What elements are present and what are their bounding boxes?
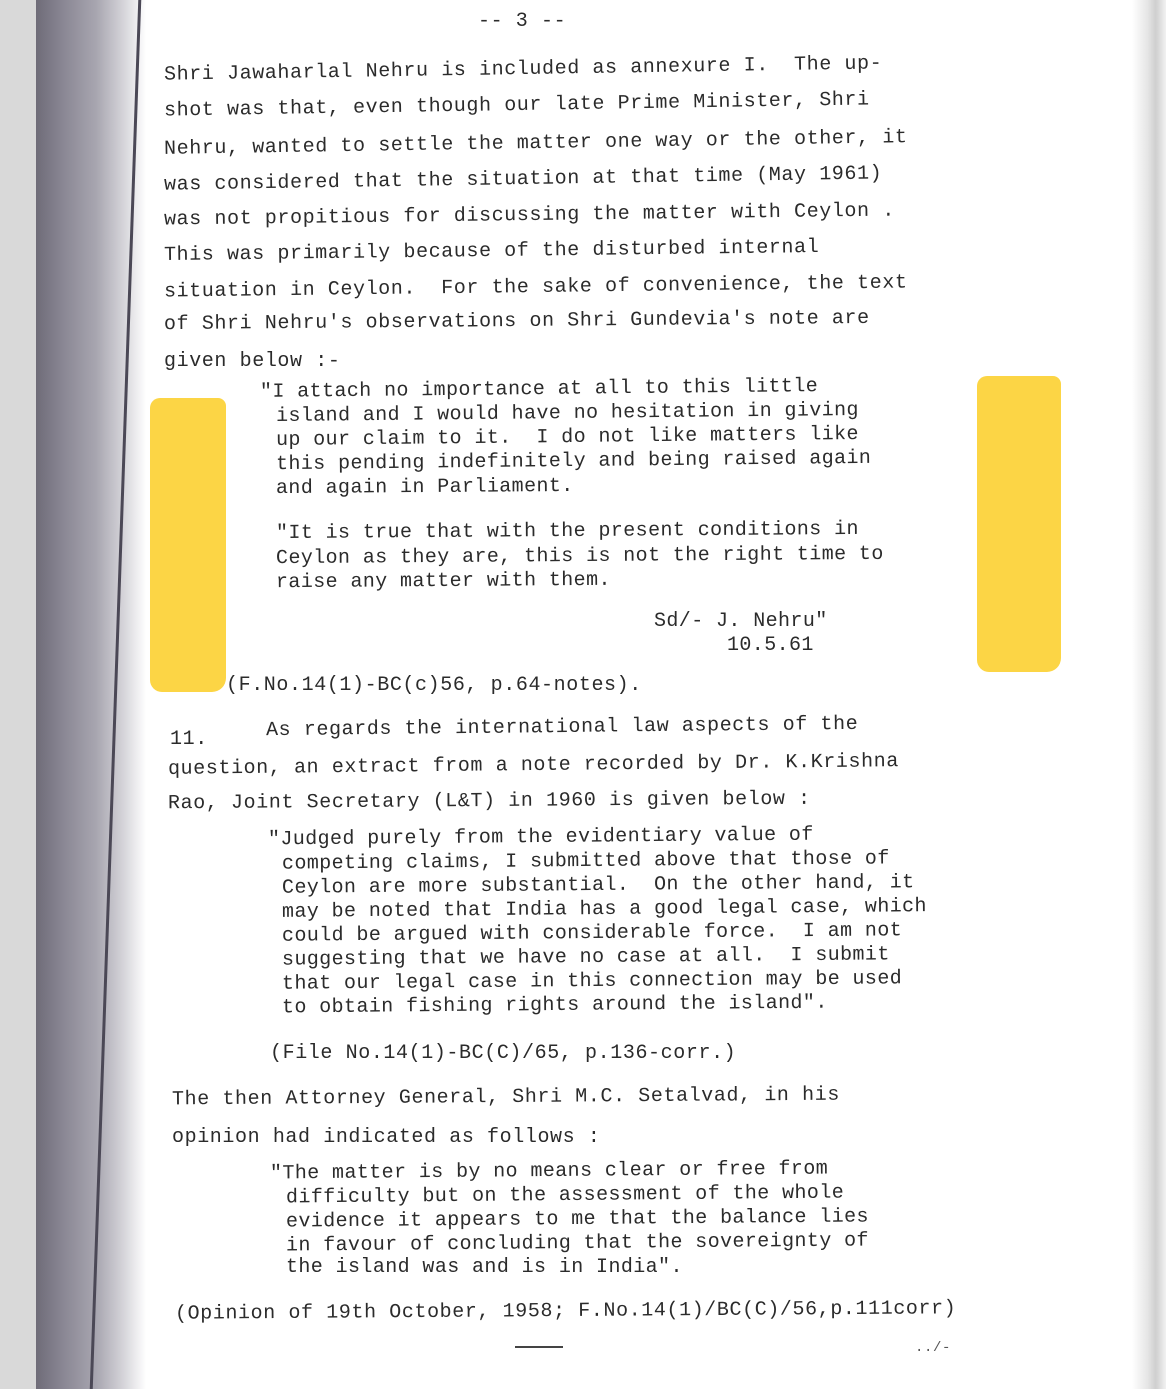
quote-line: difficulty but on the assessment of the … <box>286 1182 844 1210</box>
quote-line: and again in Parliament. <box>276 475 574 500</box>
highlight-marker-right <box>977 376 1061 672</box>
file-reference: (Opinion of 19th October, 1958; F.No.14(… <box>175 1297 956 1325</box>
text-line: question, an extract from a note recorde… <box>168 750 899 781</box>
quote-line: the island was and is in India". <box>286 1256 683 1279</box>
spine-fold-line <box>90 0 142 1389</box>
text-line: Shri Jawaharlal Nehru is included as ann… <box>164 52 883 86</box>
text-line: opinion had indicated as follows : <box>172 1126 600 1149</box>
book-spine-shadow <box>36 0 146 1389</box>
text-line: The then Attorney General, Shri M.C. Set… <box>172 1084 840 1112</box>
text-line: situation in Ceylon. For the sake of con… <box>164 271 908 303</box>
text-line: This was primarily because of the distur… <box>164 236 820 267</box>
continuation-mark: ../- <box>915 1340 951 1356</box>
text-line: was not propitious for discussing the ma… <box>164 200 895 232</box>
highlight-marker-left <box>150 398 226 692</box>
file-reference: (F.No.14(1)-BC(c)56, p.64-notes). <box>226 674 642 697</box>
quote-line: "It is true that with the present condit… <box>276 518 859 545</box>
quote-line: Ceylon as they are, this is not the righ… <box>276 543 884 570</box>
page-number: -- 3 -- <box>478 10 566 33</box>
quote-line: "Judged purely from the evidentiary valu… <box>268 824 814 852</box>
text-line: Nehru, wanted to settle the matter one w… <box>164 126 908 161</box>
signature-date: 10.5.61 <box>727 634 814 657</box>
text-line: was considered that the situation at tha… <box>164 162 883 196</box>
end-divider <box>515 1346 563 1348</box>
quote-line: "The matter is by no means clear or free… <box>270 1158 828 1186</box>
signature: Sd/- J. Nehru" <box>654 610 828 633</box>
text-line: given below :- <box>164 350 340 373</box>
quote-line: in favour of concluding that the soverei… <box>286 1229 869 1257</box>
text-line: shot was that, even though our late Prim… <box>164 88 870 122</box>
quote-line: to obtain fishing rights around the isla… <box>282 992 828 1020</box>
quote-line: this pending indefinitely and being rais… <box>276 447 872 476</box>
quote-line: raise any matter with them. <box>276 569 611 594</box>
text-line: As regards the international law aspects… <box>266 713 859 742</box>
file-reference: (File No.14(1)-BC(C)/65, p.136-corr.) <box>270 1042 736 1065</box>
paragraph-number: 11. <box>170 728 208 751</box>
scan-left-border <box>0 0 36 1389</box>
text-line: Rao, Joint Secretary (L&T) in 1960 is gi… <box>168 788 811 815</box>
scan-right-edge <box>1132 0 1166 1389</box>
text-line: of Shri Nehru's observations on Shri Gun… <box>164 307 870 336</box>
